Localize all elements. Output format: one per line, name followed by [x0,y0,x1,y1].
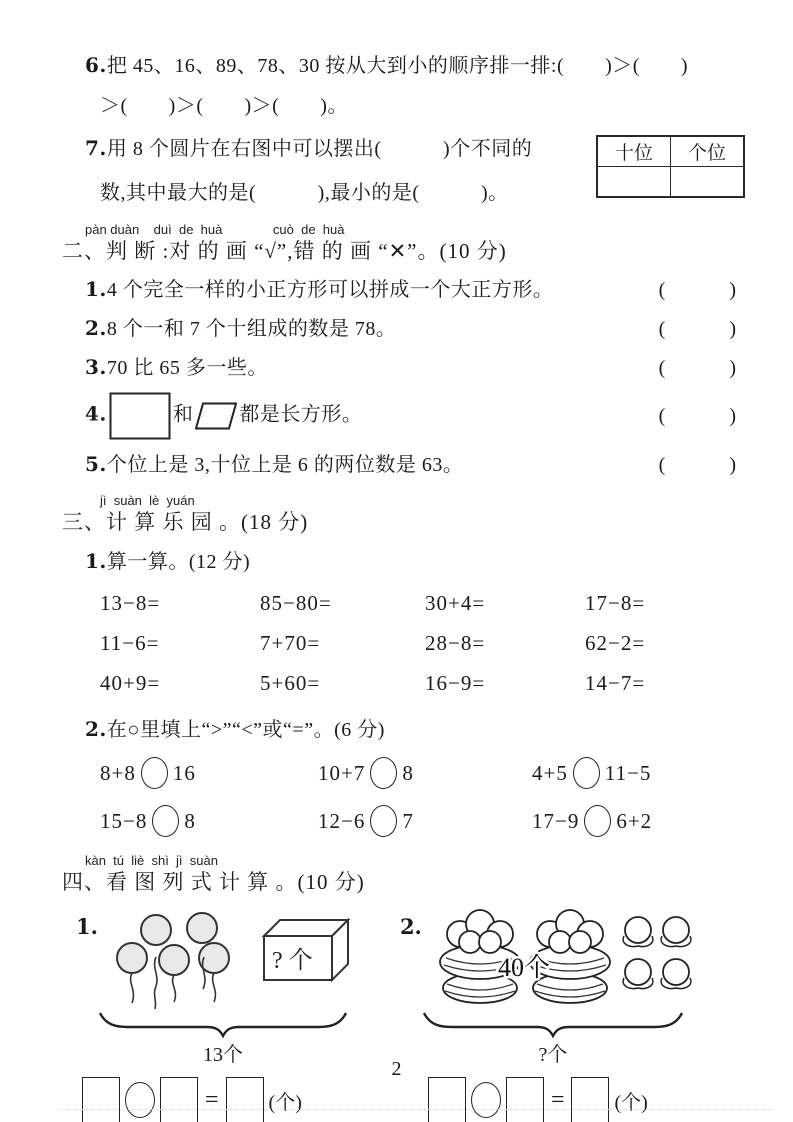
compare-problem: 17−96+2 [532,807,743,839]
brace-under-balloons [98,1010,348,1038]
judge-item-3: 3.70 比 65 多一些。 ( ) [85,353,743,382]
question-7-number: 7. [85,136,107,160]
arithmetic-grid: 13−8= 85−80= 30+4= 17−8= 11−6= 7+70= 28−… [100,591,743,696]
section-4-pinyin: kàn tú liè shì jì suàn [85,853,743,868]
picture-problem-1: 1. [76,906,364,1122]
operator-circle [471,1082,501,1118]
answer-blank: ( ) [659,402,737,430]
picture-problem-2-number: 2. [400,914,422,939]
answer-blank: ( ) [659,315,737,343]
arith-problem: 17−8= [585,591,743,616]
picture-problem-2: 2. [400,906,696,1122]
number-box [428,1077,466,1122]
question-7-line2: 数,其中最大的是( ),最小的是( )。 [100,178,620,208]
rectangle-shape-icon [109,392,171,440]
question-6-number: 6. [85,53,107,77]
parallelogram-shape-icon [195,402,237,430]
compare-problem: 10+78 [318,759,532,791]
section-4-heading: 四、看 图 列 式 计 算 。(10 分) [62,868,743,896]
number-box [226,1077,264,1122]
question-7-line1: 7.用 8 个圆片在右图中可以摆出( )个不同的 [85,133,605,164]
arith-problem: 14−7= [585,671,743,696]
calc-sub2-title: 2.在○里填上“>”“<”或“=”。(6 分) [85,714,743,745]
place-value-table: 十位 个位 [596,135,745,198]
balloons-and-box-illustration: ? 个 [104,906,364,1010]
judge-item-4: 4.和都是长方形。 ( ) [85,392,743,440]
arith-problem: 5+60= [260,671,425,696]
arith-problem: 13−8= [100,591,260,616]
section-2-pinyin: pàn duàn duì de huà cuò de huà [85,222,743,237]
compare-problem: 15−88 [100,807,318,839]
judge-item-1: 1.4 个完全一样的小正方形可以拼成一个大正方形。 ( ) [85,275,743,304]
compare-circle [370,805,397,837]
arith-problem: 40+9= [100,671,260,696]
place-value-cell-ones [671,167,745,198]
place-value-cell-tens [597,167,671,198]
compare-problem: 12−67 [318,807,532,839]
compare-circle [573,757,600,789]
compare-problem: 8+816 [100,759,318,791]
operator-circle [125,1082,155,1118]
box-label: ? 个 [272,947,313,974]
section-3-heading: 三、计 算 乐 园 。(18 分) [62,508,743,536]
question-7: 十位 个位 7.用 8 个圆片在右图中可以摆出( )个不同的 数,其中最大的是(… [62,133,743,208]
worksheet-page: 6.把 45、16、89、78、30 按从大到小的顺序排一排:( )＞( ) ＞… [0,0,793,1122]
answer-blank: ( ) [659,276,737,304]
equation-template-1: = (个) [82,1077,364,1122]
baskets-and-fruits-illustration: 40个 [428,906,696,1010]
unit-label: (个) [614,1086,647,1115]
calc-sub1-title: 1.算一算。(12 分) [85,546,743,577]
compare-circle [584,805,611,837]
judge-item-5: 5.个位上是 3,十位上是 6 的两位数是 63。 ( ) [85,450,743,479]
question-6-line1: 6.把 45、16、89、78、30 按从大到小的顺序排一排:( )＞( ) [85,50,743,81]
arith-problem: 11−6= [100,631,260,656]
section-3-pinyin: jì suàn lè yuán [100,493,743,508]
compare-grid: 8+816 10+78 4+511−5 15−88 12−67 17−96+2 [100,759,743,839]
arith-problem: 85−80= [260,591,425,616]
compare-circle [141,757,168,789]
arith-problem: 7+70= [260,631,425,656]
equation-template-2: = (个) [428,1077,696,1122]
compare-problem: 4+511−5 [532,759,743,791]
question-6-line2: ＞( )＞( )＞( )。 [100,91,743,121]
place-value-header-tens: 十位 [597,136,671,167]
number-box [506,1077,544,1122]
number-box [571,1077,609,1122]
arith-problem: 30+4= [425,591,585,616]
page-number: 2 [0,1058,793,1081]
arith-problem: 28−8= [425,631,585,656]
compare-circle [370,757,397,789]
place-value-header-ones: 个位 [671,136,745,167]
brace-under-baskets [422,1010,684,1038]
scan-artifact-line [60,1109,773,1110]
picture-problem-1-number: 1. [76,914,98,939]
arith-problem: 62−2= [585,631,743,656]
section-2-heading: 二、判 断 :对 的 画 “√”,错 的 画 “✕”。(10 分) [62,237,743,265]
judge-item-2: 2.8 个一和 7 个十组成的数是 78。 ( ) [85,314,743,343]
arith-problem: 16−9= [425,671,585,696]
answer-blank: ( ) [659,451,737,479]
number-box [160,1077,198,1122]
compare-circle [152,805,179,837]
pile-label: 40个 [498,953,550,982]
number-box [82,1077,120,1122]
question-6-text: 把 45、16、89、78、30 按从大到小的顺序排一排:( )＞( ) [107,55,688,77]
unit-label: (个) [269,1086,302,1115]
answer-blank: ( ) [659,354,737,382]
